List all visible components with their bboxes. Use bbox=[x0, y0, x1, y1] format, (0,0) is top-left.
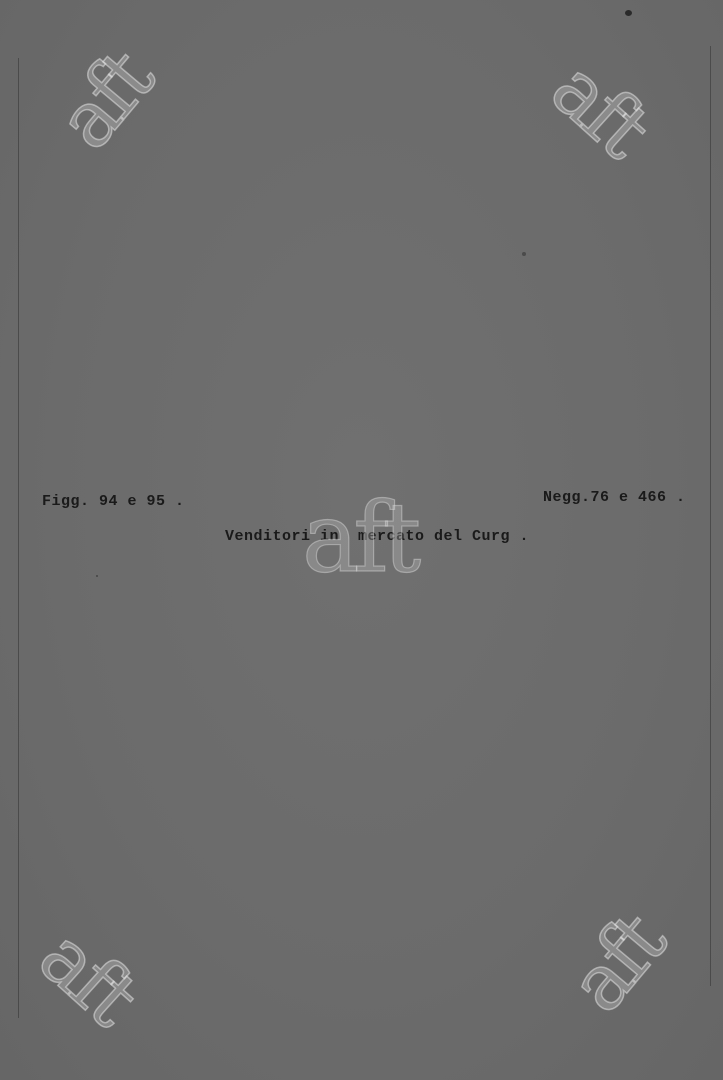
dust-speck bbox=[522, 252, 526, 256]
watermark-top-right: aft bbox=[538, 48, 661, 169]
watermark-center: aft bbox=[302, 490, 415, 586]
card-left-edge bbox=[18, 58, 19, 1018]
dust-speck bbox=[96, 575, 98, 577]
card-right-edge bbox=[710, 46, 711, 986]
watermark-bottom-right: aft bbox=[557, 903, 678, 1026]
figure-reference: Figg. 94 e 95 . bbox=[42, 493, 185, 510]
watermark-bottom-left: aft bbox=[26, 916, 149, 1037]
negative-reference: Negg.76 e 466 . bbox=[543, 489, 686, 506]
dust-speck bbox=[625, 10, 632, 16]
archive-card: aft aft aft aft Figg. 94 e 95 . Negg.76 … bbox=[0, 0, 723, 1080]
watermark-top-left: aft bbox=[45, 40, 166, 163]
